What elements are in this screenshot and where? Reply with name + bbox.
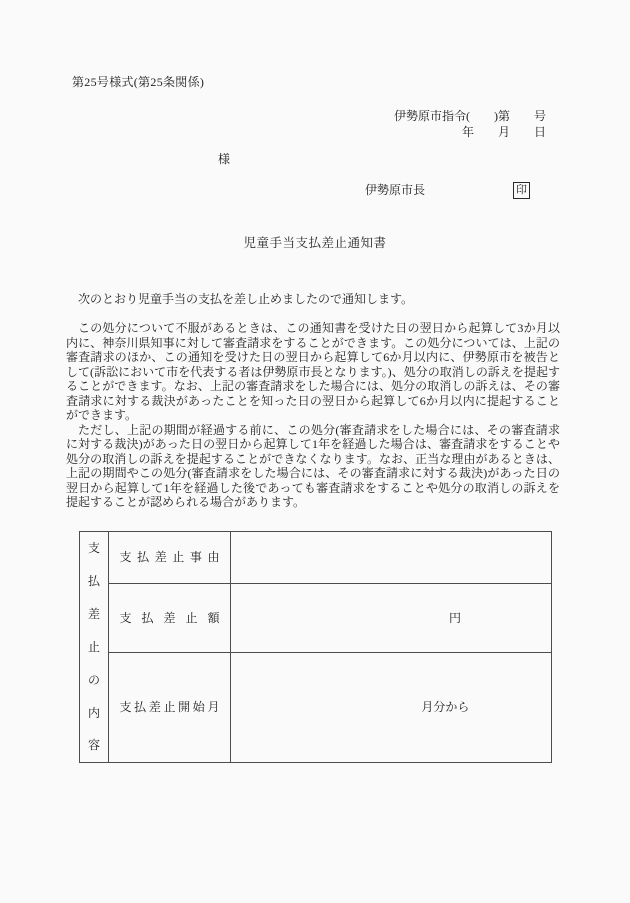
issuer-row: 伊勢原市長 印 [365,182,530,199]
suspension-reason-label: 支払差止事由 [120,550,220,565]
suspension-details-table: 支払差止の内容 支払差止事由 支払差止額 円 支払差止開始月 月分から [79,531,552,763]
table-side-header: 支払差止の内容 [80,532,109,762]
intro-paragraph: 次のとおり児童手当の支払を差し止めましたので通知します。 [66,292,560,307]
appeal-notice-paragraph-1: この処分について不服があるときは、この通知書を受けた日の翌日から起算して3か月以… [66,321,560,423]
issue-number-line: 伊勢原市指令( )第 号 [394,108,546,124]
document-page: 第25号様式(第25条関係) 伊勢原市指令( )第 号 年 月 日 様 伊勢原市… [0,0,630,903]
issue-date-line: 年 月 日 [394,124,546,140]
suspension-reason-value [231,532,551,583]
seal-stamp-icon: 印 [513,182,530,199]
suspension-amount-label: 支払差止額 [120,611,220,626]
document-title: 児童手当支払差止通知書 [0,236,630,251]
addressee-honorific: 様 [218,152,230,167]
suspension-amount-unit: 円 [231,583,551,652]
appeal-notice-paragraph-2: ただし、上記の期間が経過する前に、この処分(審査請求をした場合には、その審査請求… [66,423,560,510]
suspension-amount-label-cell: 支払差止額 [109,583,231,652]
suspension-reason-label-cell: 支払差止事由 [109,532,231,583]
form-number: 第25号様式(第25条関係) [72,75,204,90]
suspension-start-month-label-cell: 支払差止開始月 [109,652,231,762]
appeal-notice-text: この処分について不服があるときは、この通知書を受けた日の翌日から起算して3か月以… [66,321,560,510]
header-issue-block: 伊勢原市指令( )第 号 年 月 日 [394,108,546,140]
issuer-title: 伊勢原市長 [365,183,425,198]
suspension-start-month-label: 支払差止開始月 [120,700,220,715]
suspension-start-month-value: 月分から [231,652,551,762]
